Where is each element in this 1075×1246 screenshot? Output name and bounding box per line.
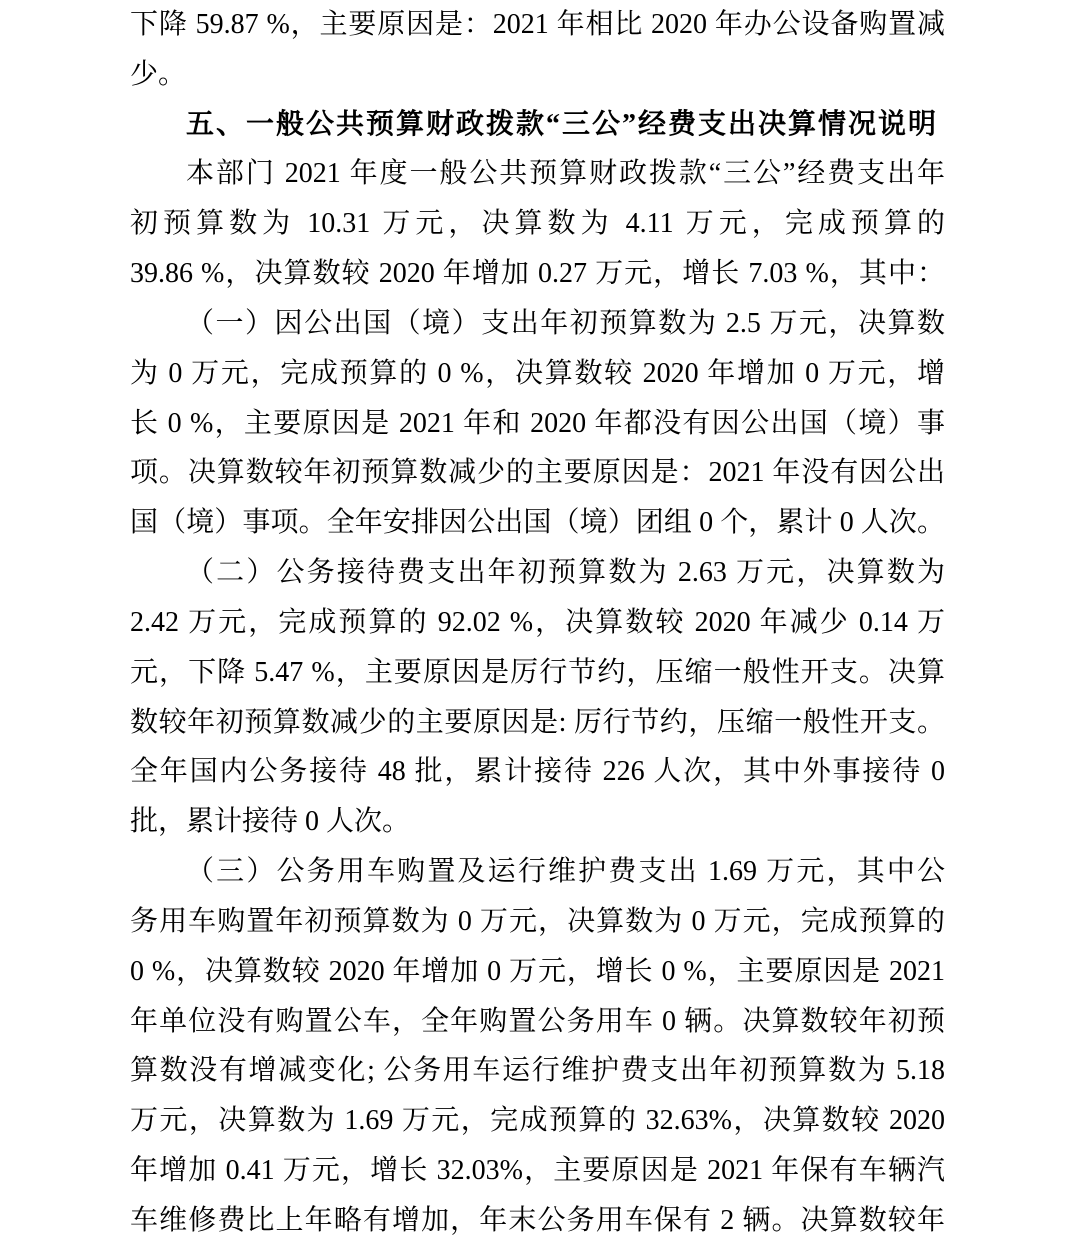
text-line: 39.86 %，决算数较 2020 年增加 0.27 万元，增长 7.03 %，…	[130, 249, 945, 299]
text-line: 数较年初预算数减少的主要原因是: 厉行节约，压缩一般性开支。	[130, 698, 945, 748]
text-line: 少。	[130, 50, 945, 100]
text-line: （三）公务用车购置及运行维护费支出 1.69 万元，其中公	[130, 847, 945, 897]
text-line: （一）因公出国（境）支出年初预算数为 2.5 万元，决算数	[130, 299, 945, 349]
text-line: 车维修费比上年略有增加，年末公务用车保有 2 辆。决算数较年	[130, 1196, 945, 1246]
text-line: 元，下降 5.47 %，主要原因是厉行节约，压缩一般性开支。决算	[130, 648, 945, 698]
text-line: 全年国内公务接待 48 批，累计接待 226 人次，其中外事接待 0	[130, 747, 945, 797]
section-heading: 五、一般公共预算财政拨款“三公”经费支出决算情况说明	[130, 100, 945, 150]
text-line: 批，累计接待 0 人次。	[130, 797, 945, 847]
text-line: 算数没有增减变化; 公务用车运行维护费支出年初预算数为 5.18	[130, 1046, 945, 1096]
text-line: 年单位没有购置公车，全年购置公务用车 0 辆。决算数较年初预	[130, 997, 945, 1047]
text-line: 务用车购置年初预算数为 0 万元，决算数为 0 万元，完成预算的	[130, 897, 945, 947]
text-lines-container: 下降 59.87 %，主要原因是：2021 年相比 2020 年办公设备购置减少…	[130, 0, 945, 1246]
text-line: 万元，决算数为 1.69 万元，完成预算的 32.63%，决算数较 2020	[130, 1096, 945, 1146]
text-line: 国（境）事项。全年安排因公出国（境）团组 0 个，累计 0 人次。	[130, 498, 945, 548]
text-line: 0 %，决算数较 2020 年增加 0 万元，增长 0 %，主要原因是 2021	[130, 947, 945, 997]
text-line: 初预算数为 10.31 万元，决算数为 4.11 万元，完成预算的	[130, 199, 945, 249]
text-line: （二）公务接待费支出年初预算数为 2.63 万元，决算数为	[130, 548, 945, 598]
text-line: 长 0 %，主要原因是 2021 年和 2020 年都没有因公出国（境）事	[130, 399, 945, 449]
text-line: 为 0 万元，完成预算的 0 %，决算数较 2020 年增加 0 万元，增	[130, 349, 945, 399]
document-page: 下降 59.87 %，主要原因是：2021 年相比 2020 年办公设备购置减少…	[130, 0, 945, 1246]
text-line: 本部门 2021 年度一般公共预算财政拨款“三公”经费支出年	[130, 149, 945, 199]
text-line: 2.42 万元，完成预算的 92.02 %，决算数较 2020 年减少 0.14…	[130, 598, 945, 648]
text-line: 年增加 0.41 万元，增长 32.03%，主要原因是 2021 年保有车辆汽	[130, 1146, 945, 1196]
text-line: 下降 59.87 %，主要原因是：2021 年相比 2020 年办公设备购置减	[130, 0, 945, 50]
text-line: 项。决算数较年初预算数减少的主要原因是：2021 年没有因公出	[130, 448, 945, 498]
